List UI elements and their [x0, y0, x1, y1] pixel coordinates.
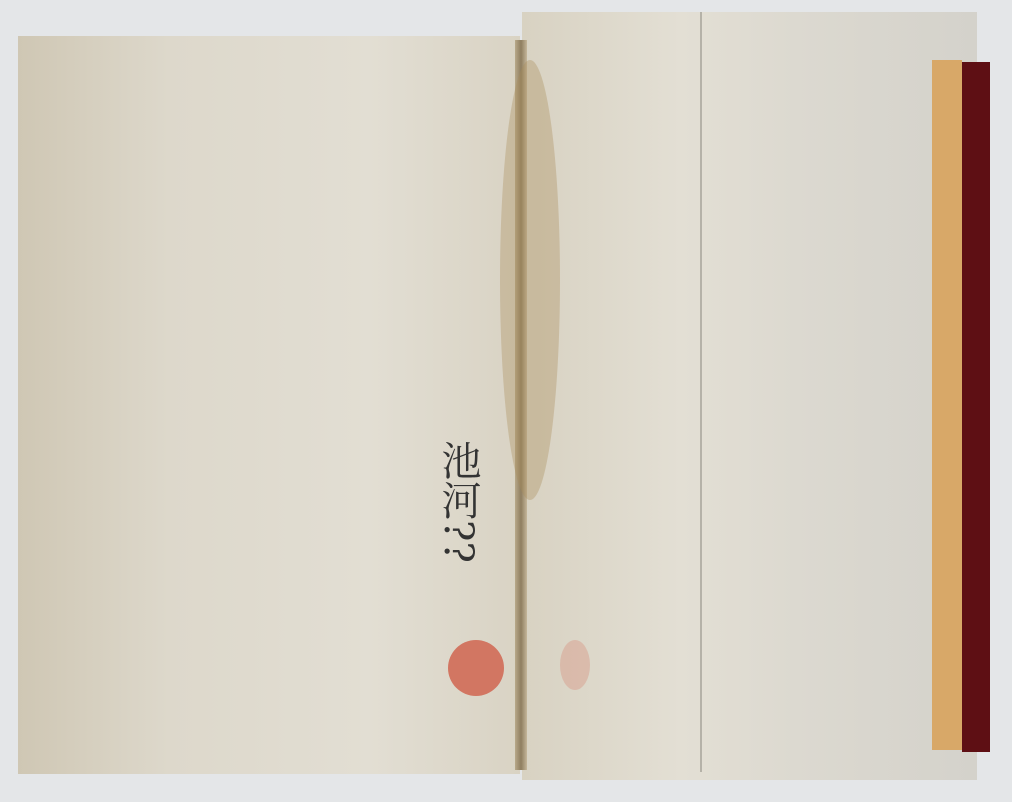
signature: 池河??: [430, 440, 487, 563]
faded-seal: [560, 640, 590, 690]
book-board: [932, 60, 962, 750]
paper-fold: [700, 12, 702, 772]
book-cover: [962, 62, 990, 752]
right-page: [522, 12, 977, 780]
red-seal: [448, 640, 504, 696]
water-stain: [500, 60, 560, 500]
left-page: [18, 36, 520, 774]
